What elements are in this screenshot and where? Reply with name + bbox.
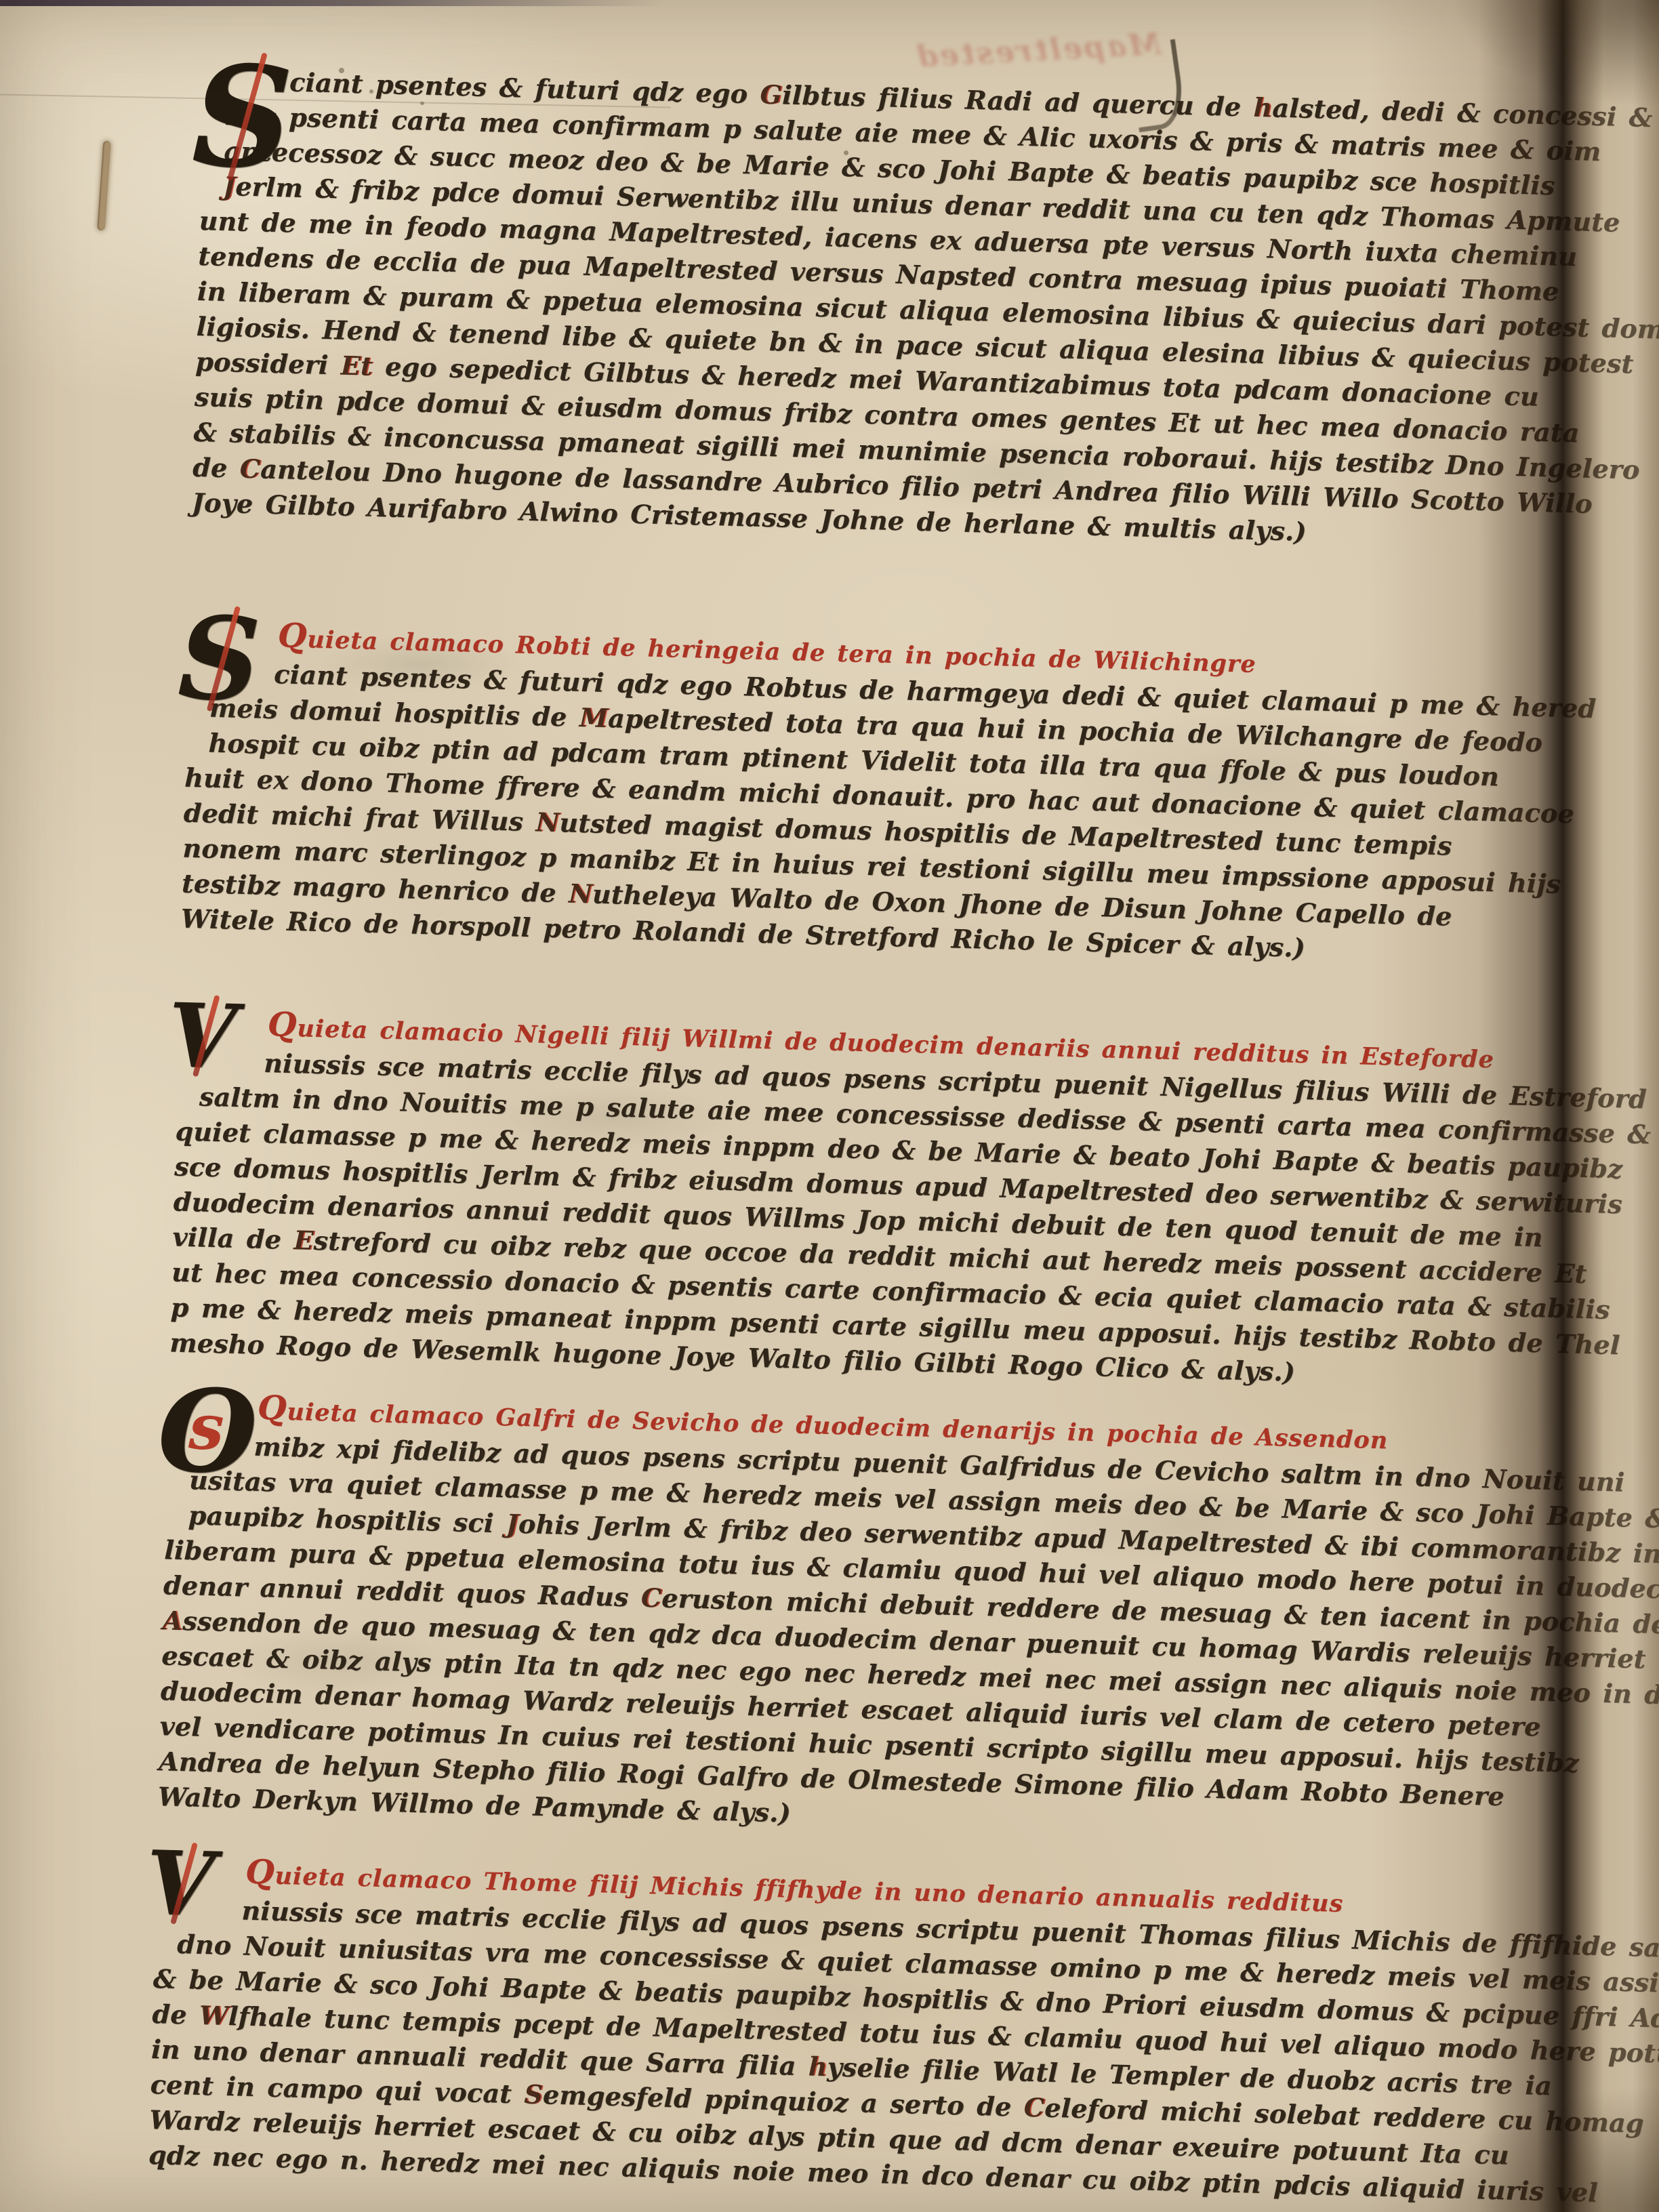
red-touched-letter: C xyxy=(640,1582,662,1614)
ink-text: de xyxy=(192,452,241,484)
red-touched-letter: G xyxy=(760,79,783,110)
charter-4: Quieta clamaco Galfri de Sevicho de duod… xyxy=(157,1387,1517,1849)
red-touched-letter: h xyxy=(808,2051,827,2082)
initial-red-decoration: s xyxy=(188,1395,224,1458)
red-touched-letter: W xyxy=(199,2000,229,2031)
ink-text: paupibz hospitlis sci xyxy=(188,1500,506,1538)
ink-text: de xyxy=(152,1999,200,2030)
red-touched-letter: A xyxy=(162,1605,183,1636)
charter-2: Quieta clamaco Robti de heringeia de ter… xyxy=(180,615,1537,972)
manuscript-photo: Mapeltrested Sciant psentes & futuri qdz… xyxy=(0,0,1659,2212)
charter-5: Quieta clamaco Thome filij Michis ffifhy… xyxy=(148,1851,1504,2208)
text-block: Sciant psentes & futuri qdz ego Gilbtus … xyxy=(148,62,1551,2208)
red-touched-letter: E xyxy=(293,1225,314,1256)
red-touched-letter: Et xyxy=(340,350,373,381)
parchment-tear xyxy=(97,141,110,230)
red-touched-letter: S xyxy=(524,2078,544,2110)
drop-initial: S xyxy=(191,56,295,180)
red-touched-letter: h xyxy=(1253,92,1273,123)
red-touched-letter: C xyxy=(239,453,261,485)
charter-3: Quieta clamacio Nigelli filij Willmi de … xyxy=(169,1004,1527,1396)
red-touched-letter: M xyxy=(579,702,608,733)
initial-letter: S xyxy=(191,56,295,180)
ink-text: villa de xyxy=(172,1221,294,1255)
initial-letter: S xyxy=(177,608,262,710)
ink-text: possideri xyxy=(195,346,342,381)
red-touched-letter: N xyxy=(535,806,560,838)
red-touched-letter: N xyxy=(569,878,593,909)
photo-top-edge xyxy=(0,0,664,6)
ink-text: dedit michi frat Willus xyxy=(183,798,536,838)
drop-initial: S xyxy=(177,608,262,710)
red-touched-letter: C xyxy=(1023,2092,1045,2123)
drop-initial: Os xyxy=(157,1380,258,1483)
drop-initial: V xyxy=(145,1845,216,1924)
red-touched-letter: J xyxy=(506,1508,518,1538)
drop-initial: V xyxy=(167,997,238,1076)
charter-1: Sciant psentes & futuri qdz ego Gilbtus … xyxy=(191,62,1551,556)
